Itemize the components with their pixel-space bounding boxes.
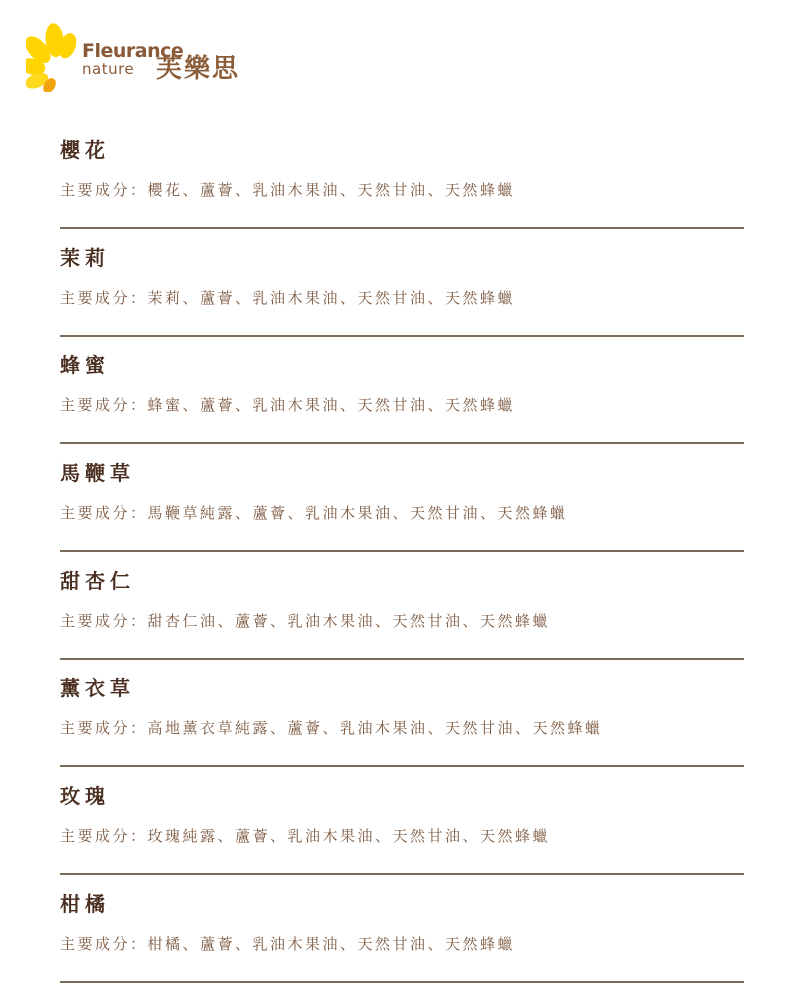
section-divider bbox=[60, 227, 744, 229]
ingredients-value: 馬鞭草純露、蘆薈、乳油木果油、天然甘油、天然蜂蠟 bbox=[148, 504, 568, 522]
product-section: 玫瑰 主要成分：玫瑰純露、蘆薈、乳油木果油、天然甘油、天然蜂蠟 bbox=[60, 784, 744, 892]
ingredients-value: 高地薰衣草純露、蘆薈、乳油木果油、天然甘油、天然蜂蠟 bbox=[148, 719, 603, 737]
ingredients-label: 主要成分： bbox=[60, 827, 148, 845]
ingredients-line: 主要成分：柑橘、蘆薈、乳油木果油、天然甘油、天然蜂蠟 bbox=[60, 934, 744, 954]
product-section: 馬鞭草 主要成分：馬鞭草純露、蘆薈、乳油木果油、天然甘油、天然蜂蠟 bbox=[60, 461, 744, 569]
product-title: 茉莉 bbox=[60, 246, 744, 270]
ingredients-line: 主要成分：甜杏仁油、蘆薈、乳油木果油、天然甘油、天然蜂蠟 bbox=[60, 611, 744, 631]
ingredients-value: 甜杏仁油、蘆薈、乳油木果油、天然甘油、天然蜂蠟 bbox=[148, 612, 551, 630]
product-title: 柑橘 bbox=[60, 892, 744, 916]
product-section: 茉莉 主要成分：茉莉、蘆薈、乳油木果油、天然甘油、天然蜂蠟 bbox=[60, 246, 744, 354]
product-section: 蜂蜜 主要成分：蜂蜜、蘆薈、乳油木果油、天然甘油、天然蜂蠟 bbox=[60, 353, 744, 461]
product-title: 蜂蜜 bbox=[60, 353, 744, 377]
ingredients-label: 主要成分： bbox=[60, 719, 148, 737]
ingredients-value: 蜂蜜、蘆薈、乳油木果油、天然甘油、天然蜂蠟 bbox=[148, 396, 516, 414]
product-title: 甜杏仁 bbox=[60, 569, 744, 593]
ingredients-value: 櫻花、蘆薈、乳油木果油、天然甘油、天然蜂蠟 bbox=[148, 181, 516, 199]
section-divider bbox=[60, 658, 744, 660]
ingredients-label: 主要成分： bbox=[60, 181, 148, 199]
product-title: 櫻花 bbox=[60, 138, 744, 162]
ingredients-line: 主要成分：櫻花、蘆薈、乳油木果油、天然甘油、天然蜂蠟 bbox=[60, 180, 744, 200]
ingredients-value: 柑橘、蘆薈、乳油木果油、天然甘油、天然蜂蠟 bbox=[148, 935, 516, 953]
section-divider bbox=[60, 873, 744, 875]
ingredients-line: 主要成分：高地薰衣草純露、蘆薈、乳油木果油、天然甘油、天然蜂蠟 bbox=[60, 718, 744, 738]
brand-name-chinese: 芙樂思 bbox=[156, 56, 240, 82]
section-divider bbox=[60, 765, 744, 767]
product-title: 薰衣草 bbox=[60, 676, 744, 700]
section-divider bbox=[60, 981, 744, 983]
ingredients-label: 主要成分： bbox=[60, 612, 148, 630]
ingredients-label: 主要成分： bbox=[60, 396, 148, 414]
ingredients-label: 主要成分： bbox=[60, 289, 148, 307]
section-divider bbox=[60, 550, 744, 552]
product-list: 櫻花 主要成分：櫻花、蘆薈、乳油木果油、天然甘油、天然蜂蠟 茉莉 主要成分：茉莉… bbox=[60, 138, 744, 1000]
product-section: 甜杏仁 主要成分：甜杏仁油、蘆薈、乳油木果油、天然甘油、天然蜂蠟 bbox=[60, 569, 744, 677]
product-title: 玫瑰 bbox=[60, 784, 744, 808]
product-section: 櫻花 主要成分：櫻花、蘆薈、乳油木果油、天然甘油、天然蜂蠟 bbox=[60, 138, 744, 246]
ingredients-line: 主要成分：茉莉、蘆薈、乳油木果油、天然甘油、天然蜂蠟 bbox=[60, 288, 744, 308]
section-divider bbox=[60, 442, 744, 444]
brand-logo: Fleurance nature 芙樂思 bbox=[26, 8, 306, 94]
product-title: 馬鞭草 bbox=[60, 461, 744, 485]
ingredients-label: 主要成分： bbox=[60, 504, 148, 522]
ingredients-line: 主要成分：馬鞭草純露、蘆薈、乳油木果油、天然甘油、天然蜂蠟 bbox=[60, 503, 744, 523]
product-section: 柑橘 主要成分：柑橘、蘆薈、乳油木果油、天然甘油、天然蜂蠟 bbox=[60, 892, 744, 1000]
section-divider bbox=[60, 335, 744, 337]
ingredients-line: 主要成分：蜂蜜、蘆薈、乳油木果油、天然甘油、天然蜂蠟 bbox=[60, 395, 744, 415]
product-section: 薰衣草 主要成分：高地薰衣草純露、蘆薈、乳油木果油、天然甘油、天然蜂蠟 bbox=[60, 676, 744, 784]
ingredients-value: 玫瑰純露、蘆薈、乳油木果油、天然甘油、天然蜂蠟 bbox=[148, 827, 551, 845]
ingredients-line: 主要成分：玫瑰純露、蘆薈、乳油木果油、天然甘油、天然蜂蠟 bbox=[60, 826, 744, 846]
ingredients-label: 主要成分： bbox=[60, 935, 148, 953]
ingredients-value: 茉莉、蘆薈、乳油木果油、天然甘油、天然蜂蠟 bbox=[148, 289, 516, 307]
